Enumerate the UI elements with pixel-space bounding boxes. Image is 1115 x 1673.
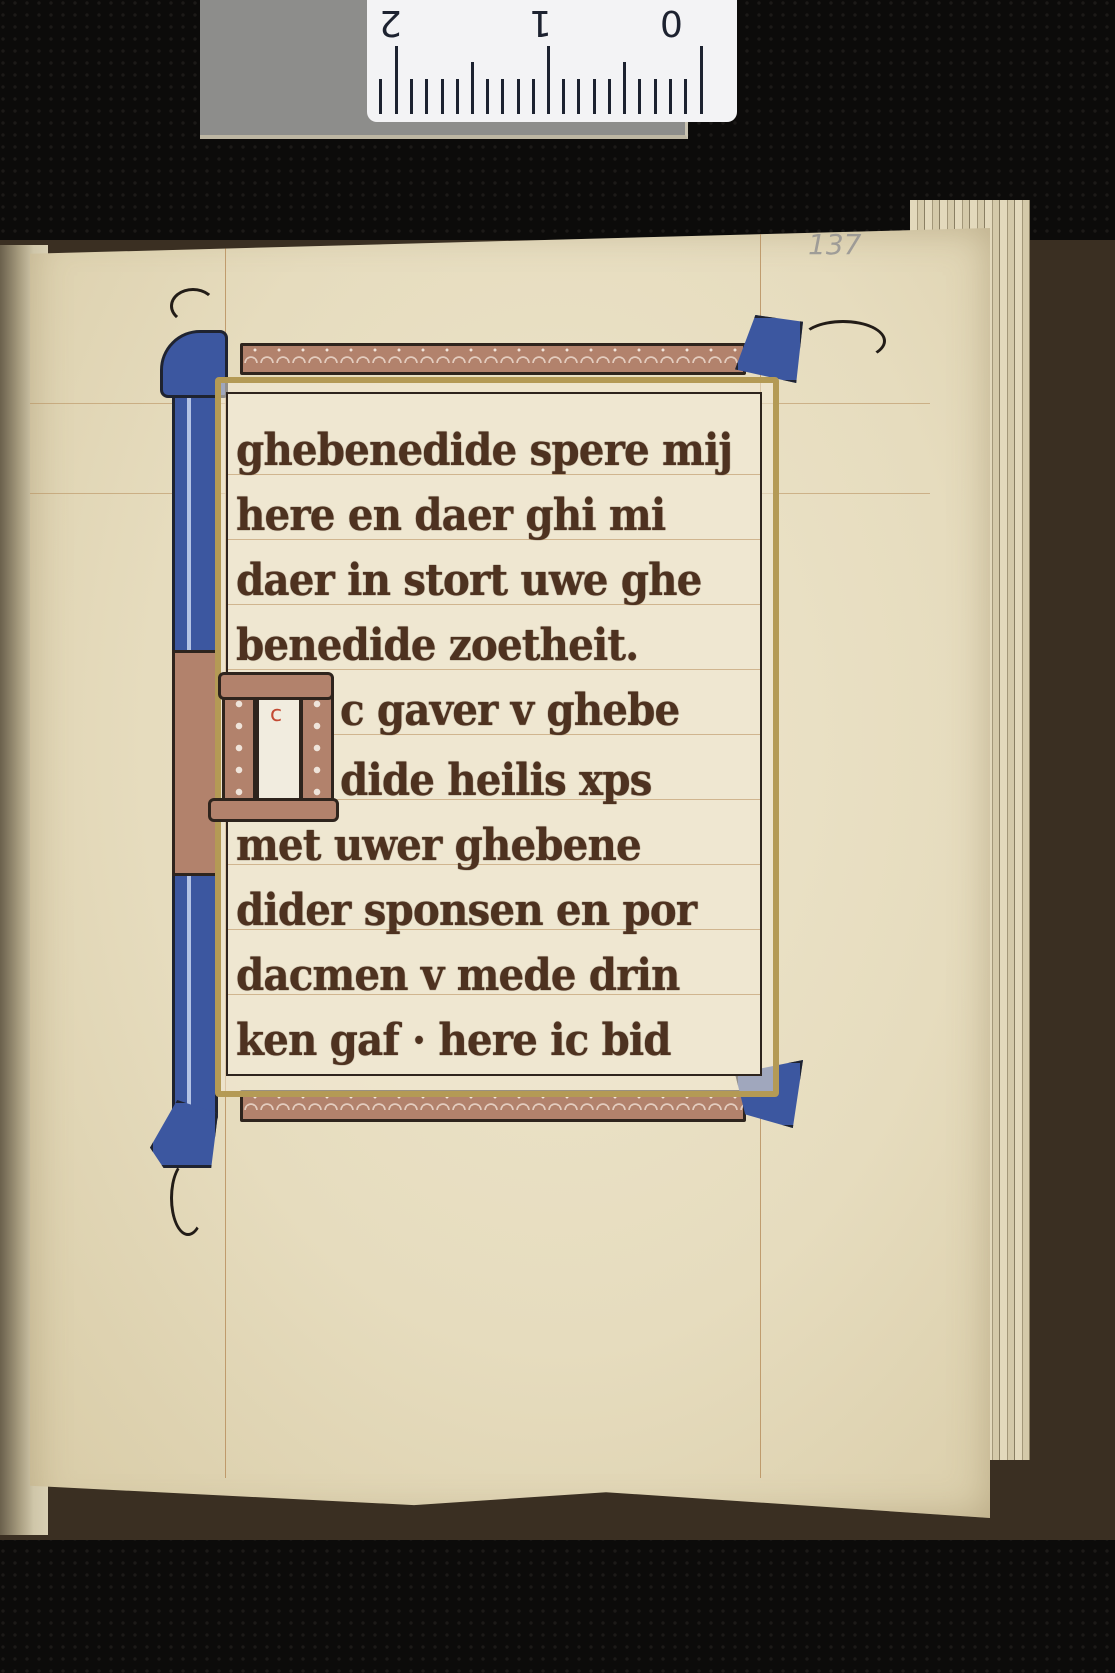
ruler-label-2: 2 bbox=[379, 2, 402, 43]
text-line: daer in stort uwe ghe bbox=[236, 555, 702, 606]
scale-ruler: 2 1 0 bbox=[367, 0, 737, 122]
text-line: dacmen v mede drin bbox=[236, 950, 680, 1001]
text-line: met uwer ghebene bbox=[236, 820, 641, 871]
border-bar-top bbox=[240, 343, 746, 375]
guide-letter: c bbox=[270, 702, 282, 727]
ruler-label-1: 1 bbox=[529, 2, 552, 43]
pen-flourish bbox=[800, 320, 886, 362]
text-line: c gaver v ghebe bbox=[340, 685, 679, 736]
pen-flourish bbox=[170, 288, 216, 324]
text-line: ghebenedide spere mij bbox=[236, 425, 732, 476]
decorated-initial-letter: c bbox=[208, 668, 333, 818]
text-line: ken gaf · here ic bid bbox=[236, 1015, 671, 1066]
text-line: dider sponsen en por bbox=[236, 885, 696, 936]
ruler-label-0: 0 bbox=[660, 2, 683, 43]
text-line: benedide zoetheit. bbox=[236, 620, 638, 671]
folio-number: 137 bbox=[808, 228, 861, 261]
text-line: here en daer ghi mi bbox=[236, 490, 665, 541]
scale-ruler-card: 2 1 0 bbox=[200, 0, 688, 139]
text-line: dide heilis xps bbox=[340, 755, 651, 806]
pen-flourish bbox=[170, 1160, 206, 1236]
